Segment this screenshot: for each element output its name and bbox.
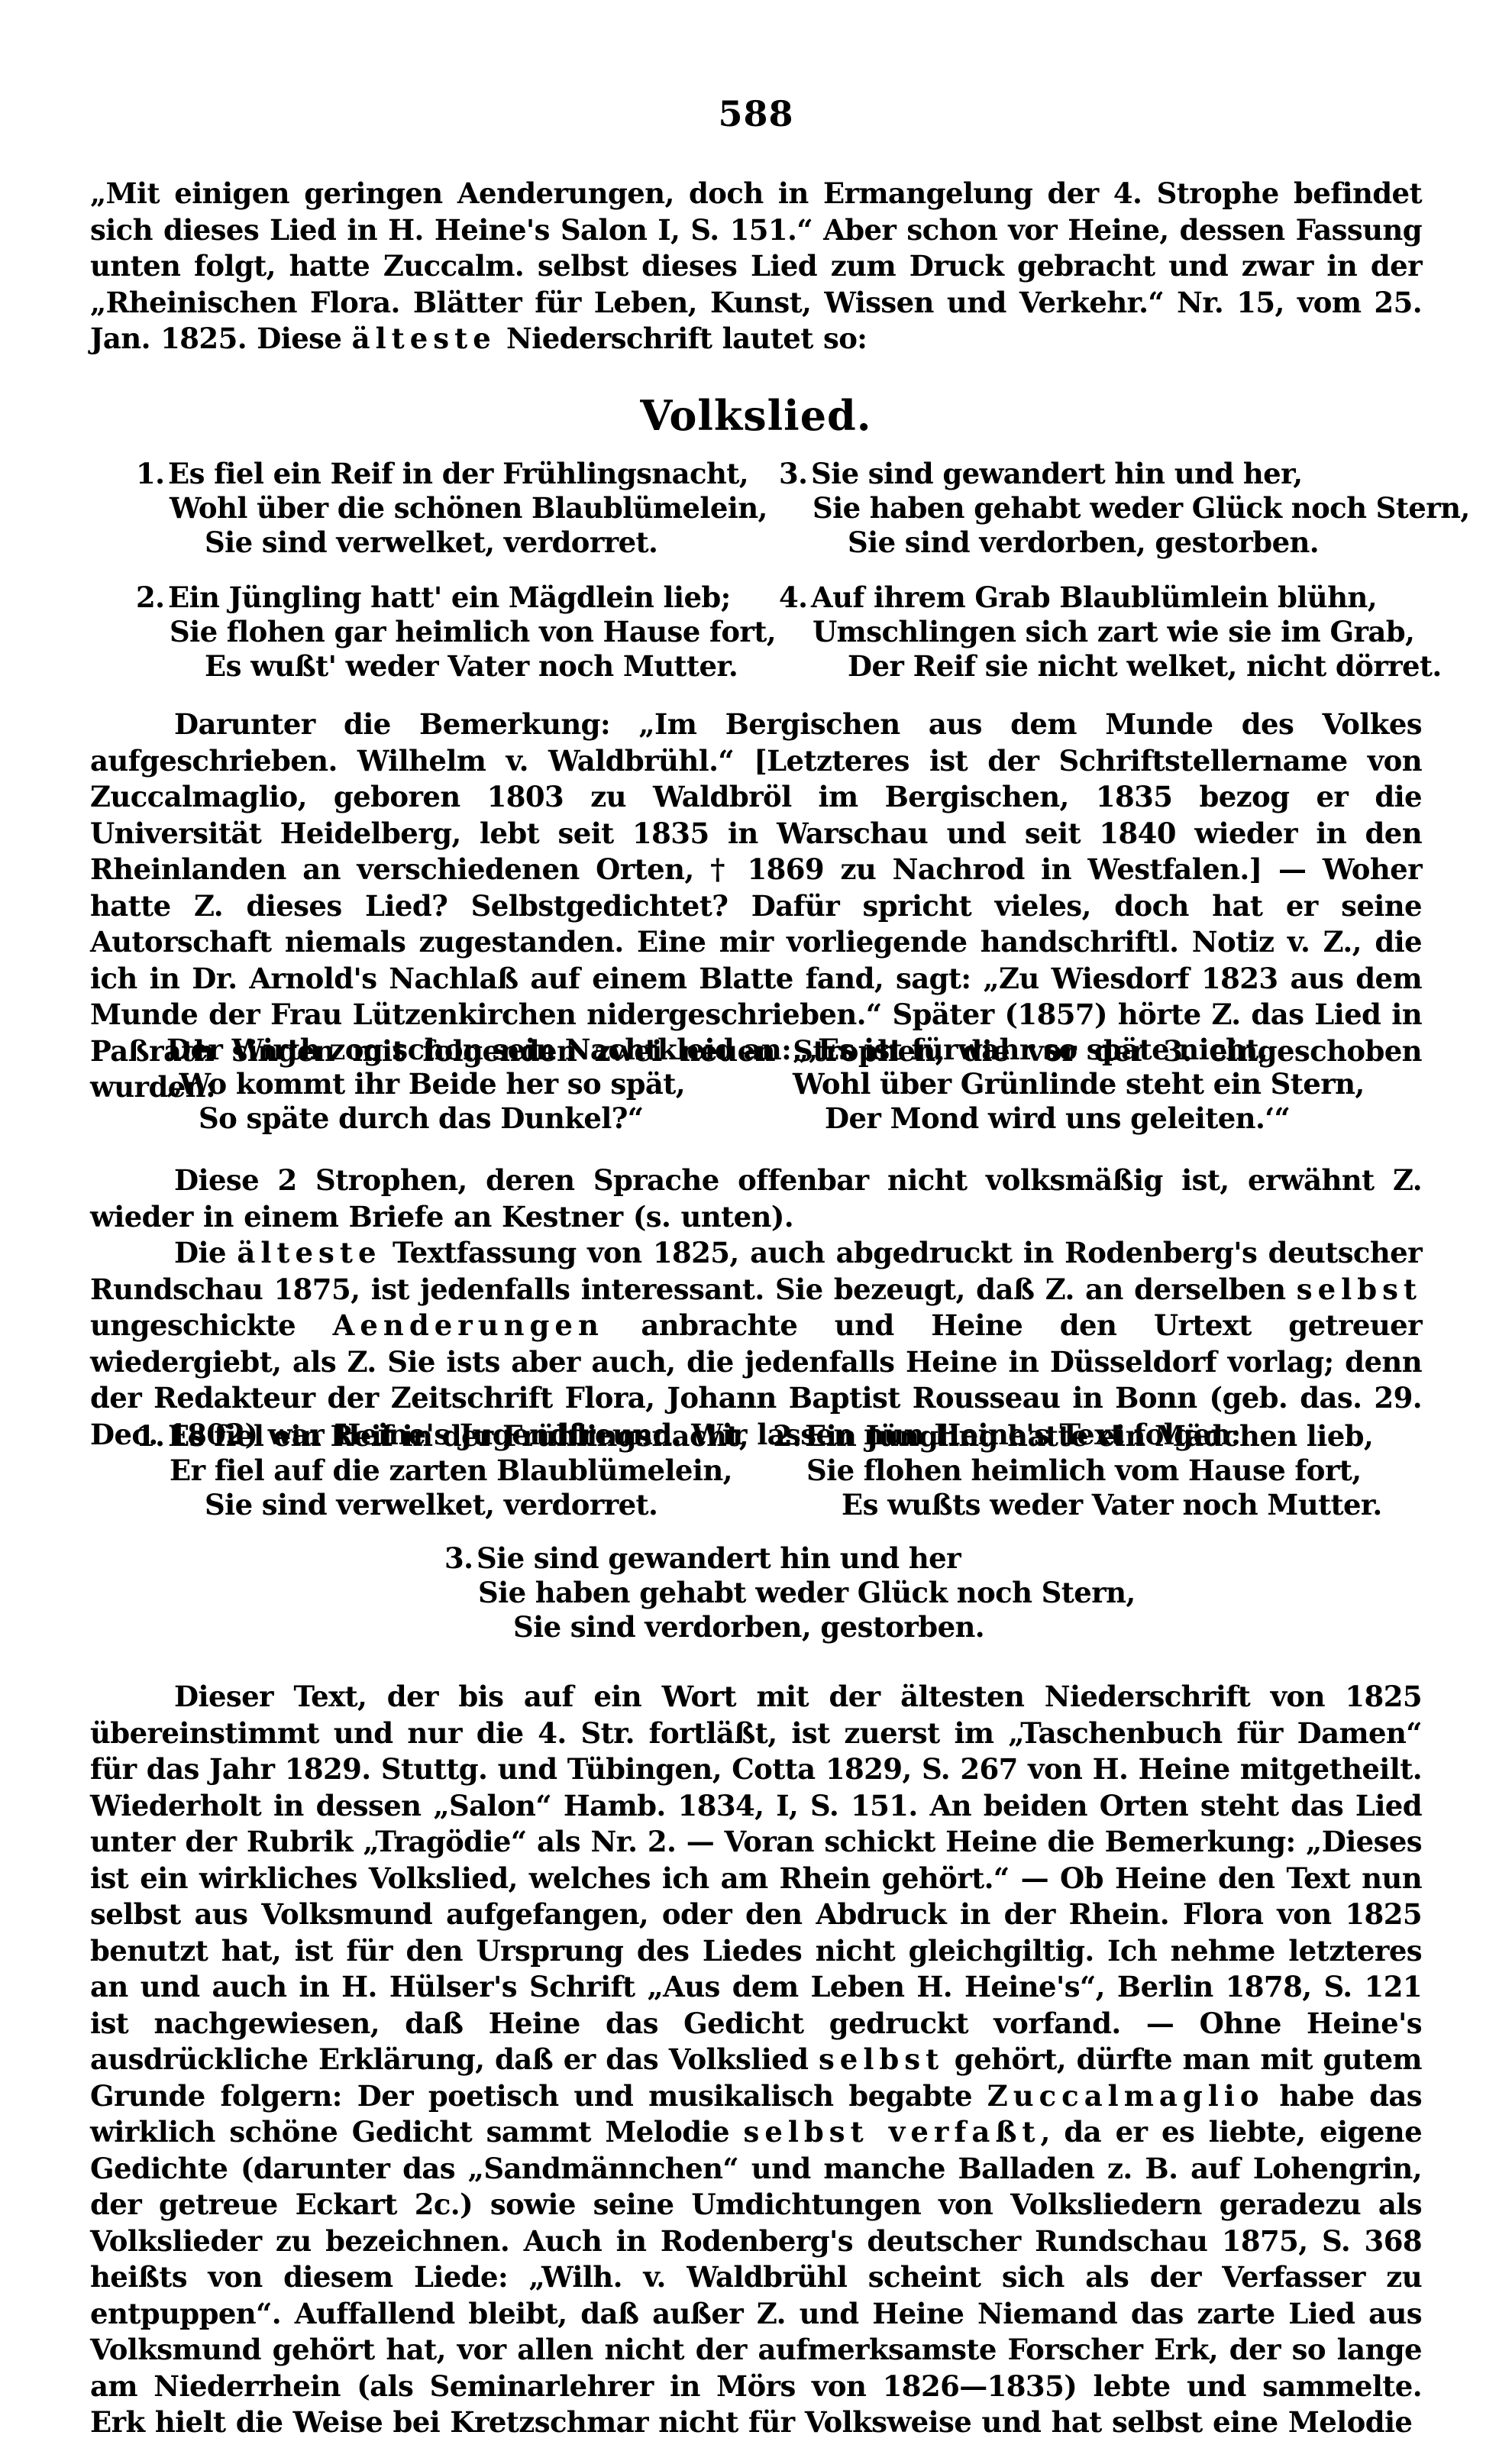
final-paragraph: Dieser Text, der bis auf ein Wort mit de… <box>90 1679 1422 2441</box>
stanza-heine-3: 3.Sie sind gewandert hin und her Sie hab… <box>444 1541 1136 1644</box>
emphasis: älteste <box>352 322 496 355</box>
stanza-heine-2: 2.Ein Jüngling hatte ein Mädchen lieb, S… <box>773 1419 1382 1522</box>
stanza-1825-1: 1.Es fiel ein Reif in der Frühlingsnacht… <box>136 457 767 560</box>
poem-title: Volkslied. <box>0 391 1512 440</box>
extra-stanza-2: „‚Es ist fürwahr so späte nicht, Wohl üb… <box>793 1033 1365 1136</box>
intro-paragraph: „Mit einigen geringen Aenderungen, doch … <box>90 176 1422 357</box>
page-number: 588 <box>0 93 1512 134</box>
stanza-1825-3: 3.Sie sind gewandert hin und her, Sie ha… <box>779 457 1470 560</box>
extra-stanza-1: Der Wirth zog schon sein Nachtkleid an: … <box>166 1033 791 1136</box>
strophen-paragraph: Diese 2 Strophen, deren Sprache offenbar… <box>90 1163 1422 1453</box>
stanza-heine-1: 1.Es fiel ein Reif in der Frühlingsnacht… <box>136 1419 748 1522</box>
stanza-1825-4: 4.Auf ihrem Grab Blaublümlein blühn, Ums… <box>779 580 1442 684</box>
stanza-1825-2: 2.Ein Jüngling hatt' ein Mägdlein lieb; … <box>136 580 776 684</box>
